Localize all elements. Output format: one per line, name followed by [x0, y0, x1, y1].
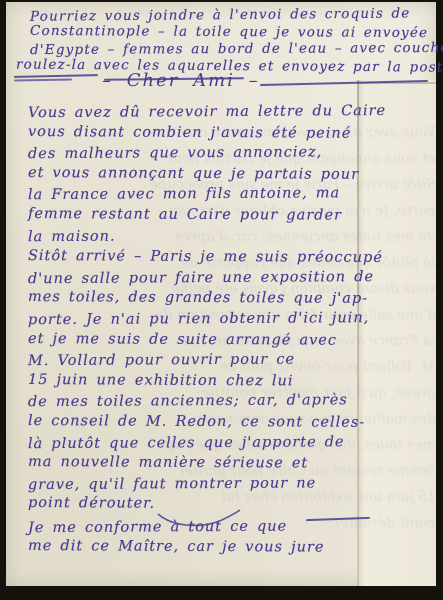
handwritten-line: grave, qu'il faut montrer pour ne: [28, 473, 408, 496]
handwritten-line: Constantinople – la toile que je vous ai…: [30, 23, 440, 42]
letter-scan: Vous avez dû recevoir ma lettre du Caire…: [0, 0, 443, 600]
handwritten-line: Sitôt arrivé – Paris je me suis préoccup…: [28, 246, 408, 269]
salutation: – Cher Ami –: [102, 70, 260, 91]
handwritten-line: femme restant au Caire pour garder: [28, 204, 408, 227]
handwritten-line: là plutôt que celles que j'apporte de: [28, 431, 408, 454]
postscript-block: Pourriez vous joindre à l'envoi des croq…: [30, 7, 440, 75]
ink-underline: [14, 78, 72, 81]
handwritten-line: et je me suis de suite arrangé avec: [28, 329, 408, 352]
handwritten-line: et vous annonçant que je partais pour: [28, 163, 408, 186]
handwritten-line: la France avec mon fils antoine, ma: [28, 183, 408, 206]
handwritten-line: me dit ce Maître, car je vous jure: [28, 536, 408, 559]
handwritten-line: vous disant combien j'avais été peiné: [28, 122, 408, 145]
handwritten-line: mes toiles, des grandes toiles que j'ap-: [28, 287, 408, 310]
handwritten-line: porte. Je n'ai pu rien obtenir d'ici jui…: [28, 308, 408, 331]
handwritten-line: d'une salle pour faire une exposition de: [28, 267, 408, 290]
paper-sheet: Vous avez dû recevoir ma lettre du Caire…: [6, 2, 436, 586]
handwritten-line: la maison.: [28, 224, 408, 247]
handwritten-line: de mes toiles anciennes; car, d'après: [28, 390, 408, 413]
handwritten-line: Vous avez dû recevoir ma lettre du Caire: [28, 101, 408, 124]
handwritten-line: des malheurs que vous annonciez,: [28, 142, 408, 165]
handwritten-line: le conseil de M. Redon, ce sont celles-: [28, 411, 408, 434]
handwritten-line: ma nouvelle manière sérieuse et: [28, 452, 408, 475]
ink-underline: [14, 74, 98, 78]
handwritten-line: 15 juin une exhibition chez lui: [28, 370, 408, 393]
ink-flourish: [156, 508, 242, 530]
handwritten-line: M. Vollard pour ouvrir pour ce: [28, 349, 408, 372]
letter-body: Vous avez dû recevoir ma lettre du Caire…: [28, 102, 408, 558]
